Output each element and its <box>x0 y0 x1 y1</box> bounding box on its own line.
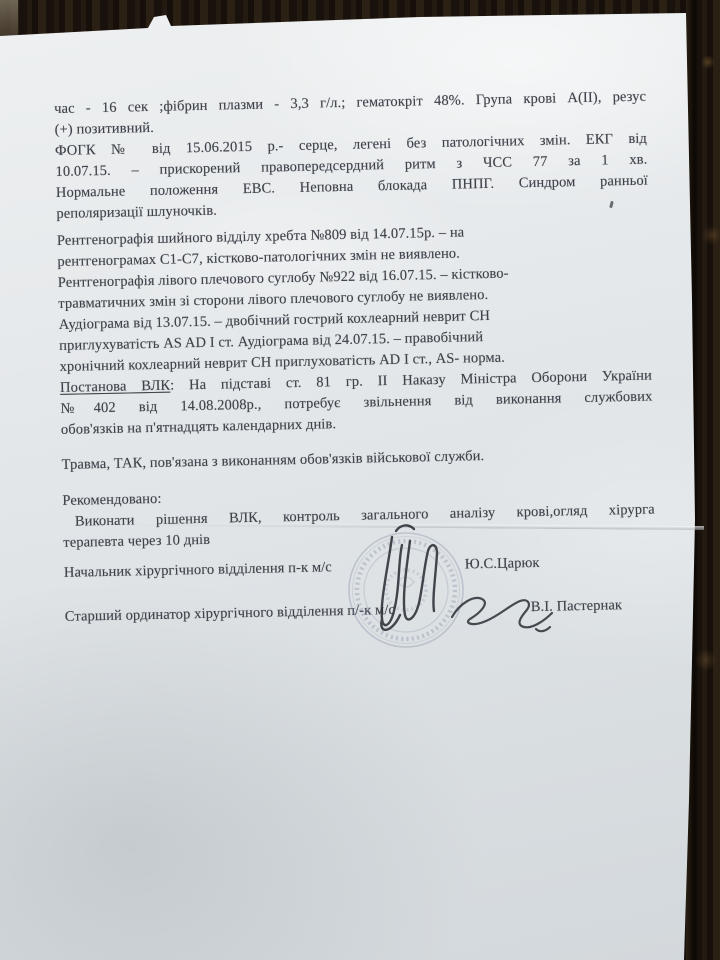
resolution-underlined-label: Постанова ВЛК <box>60 378 170 396</box>
signature-pasternak <box>452 598 552 631</box>
trauma-line: Травма, ТАК, пов'язана з виконанням обов… <box>61 443 653 476</box>
handwritten-signatures <box>340 505 680 655</box>
signature-tsaryuk <box>381 525 437 629</box>
signature-row-label: Начальник хірургічного відділення п-к м/… <box>64 559 332 581</box>
